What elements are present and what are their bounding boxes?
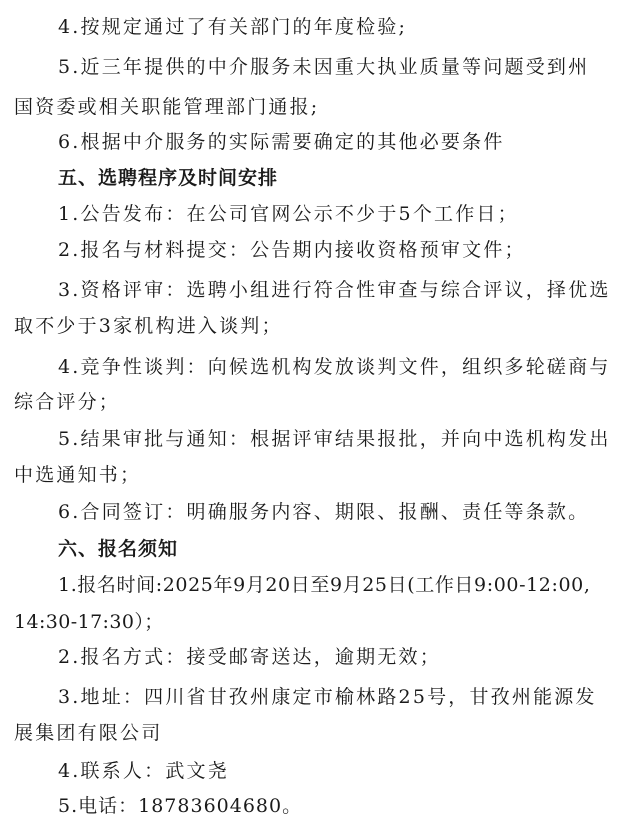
address-line-1: 3.地址：四川省甘孜州康定市榆林路25号，甘孜州能源发 [58, 685, 597, 709]
procedure-1: 1.公告发布：在公司官网公示不少于5个工作日； [58, 202, 519, 226]
section-heading-6: 六、报名须知 [58, 537, 178, 561]
address-line-2: 展集团有限公司 [14, 721, 162, 745]
registration-method: 2.报名方式：接受邮寄送达，逾期无效； [58, 645, 441, 669]
procedure-6: 6.合同签订：明确服务内容、期限、报酬、责任等条款。 [58, 500, 589, 524]
document-page: 4.按规定通过了有关部门的年度检验; 5.近三年提供的中介服务未因重大执业质量等… [0, 0, 638, 827]
procedure-4-line-1: 4.竞争性谈判：向候选机构发放谈判文件，组织多轮磋商与 [58, 355, 611, 379]
procedure-2: 2.报名与材料提交：公告期内接收资格预审文件； [58, 238, 526, 262]
procedure-3-line-1: 3.资格评审：选聘小组进行符合性审查与综合评议，择优选 [58, 278, 611, 302]
contact-person: 4.联系人：武文尧 [58, 759, 229, 783]
requirement-6: 6.根据中介服务的实际需要确定的其他必要条件 [58, 130, 505, 154]
registration-time-line-1: 1.报名时间:2025年9月20日至9月25日(工作日9:00-12:00, [58, 573, 591, 597]
registration-time-line-2: 14:30-17:30）； [14, 610, 164, 634]
requirement-4: 4.按规定通过了有关部门的年度检验; [58, 15, 407, 39]
procedure-3-line-2: 取不少于3家机构进入谈判； [14, 314, 283, 338]
procedure-5-line-2: 中选通知书； [14, 463, 141, 487]
procedure-4-line-2: 综合评分； [14, 390, 120, 414]
phone-number: 5.电话：18783604680。 [58, 794, 302, 818]
procedure-5-line-1: 5.结果审批与通知：根据评审结果报批，并向中选机构发出 [58, 427, 611, 451]
requirement-5-line-1: 5.近三年提供的中介服务未因重大执业质量等问题受到州 [58, 55, 589, 79]
section-heading-5: 五、选聘程序及时间安排 [58, 166, 278, 190]
requirement-5-line-2: 国资委或相关职能管理部门通报; [14, 95, 319, 119]
